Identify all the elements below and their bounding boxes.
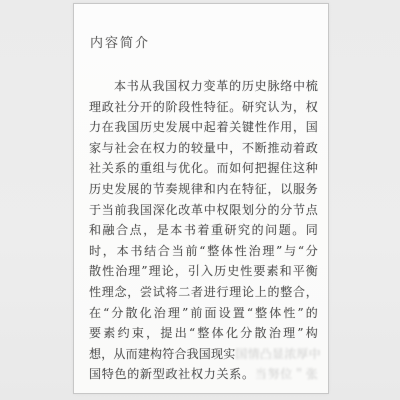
scan-background: 内容简介 本书从我国权力变革的历史脉络中梳理政社分开的阶段性特征。研究认为，权力… (0, 0, 400, 400)
faded-bleedthrough-text: 当努位＂张 (255, 367, 318, 381)
line-text: 力在我国历史发展中起着关键性作用，国 (89, 120, 318, 134)
paragraph-line: 要素约束，提出“整体化分散治理”构 (89, 323, 318, 344)
line-text: 理政社分开的阶段性特征。研究认为，权 (89, 100, 318, 114)
paragraph-line: 于当前我国深化改革中权限划分的分节点 (89, 200, 318, 221)
paragraph-line: 和融合点，是本书着重研究的问题。同 (89, 220, 318, 241)
line-text: 社关系的重组与优化。而如何把握住这种 (89, 161, 318, 175)
paragraph-line: 想，从而建构符合我国现实国情凸显浓厚中 (89, 344, 318, 365)
book-page: 内容简介 本书从我国权力变革的历史脉络中梳理政社分开的阶段性特征。研究认为，权力… (73, 3, 329, 394)
line-text: 想，从而建构符合我国现实 (89, 347, 235, 361)
paragraph-line: 国特色的新型政社权力关系。当努位＂张 (89, 364, 318, 385)
paragraph-line: 家与社会在权力的较量中，不断推动着政 (89, 138, 318, 159)
line-text: 国特色的新型政社权力关系。 (89, 367, 255, 381)
paragraph-line: 历史发展的节奏规律和内在特征，以服务 (89, 179, 318, 200)
paragraph-line: 在“分散化治理”前面设置“整体性”的 (89, 303, 318, 324)
line-text: 在“分散化治理”前面设置“整体性”的 (89, 306, 318, 320)
paragraph-line: 时，本书结合当前“整体性治理”与“分 (89, 241, 318, 262)
paragraph-line: 力在我国历史发展中起着关键性作用，国 (89, 117, 318, 138)
summary-paragraph: 本书从我国权力变革的历史脉络中梳理政社分开的阶段性特征。研究认为，权力在我国历史… (89, 76, 318, 385)
line-text: 于当前我国深化改革中权限划分的分节点 (89, 203, 318, 217)
line-text: 时，本书结合当前“整体性治理”与“分 (89, 244, 318, 258)
faded-bleedthrough-text: 国情凸显浓厚中 (235, 347, 320, 361)
line-text: 和融合点，是本书着重研究的问题。同 (89, 223, 318, 237)
line-text: 历史发展的节奏规律和内在特征，以服务 (89, 182, 318, 196)
line-text: 要素约束，提出“整体化分散治理”构 (89, 326, 318, 340)
paragraph-line: 本书从我国权力变革的历史脉络中梳 (89, 76, 318, 97)
paragraph-line: 理政社分开的阶段性特征。研究认为，权 (89, 97, 318, 118)
line-text: 散性治理”理论，引入历史性要素和平衡 (89, 264, 318, 278)
content-summary-heading: 内容简介 (90, 32, 328, 51)
paragraph-line: 社关系的重组与优化。而如何把握住这种 (89, 158, 318, 179)
line-text: 性理念，尝试将二者进行理论上的整合， (89, 285, 318, 299)
line-text: 家与社会在权力的较量中，不断推动着政 (89, 141, 318, 155)
paragraph-line: 性理念，尝试将二者进行理论上的整合， (89, 282, 318, 303)
line-text: 本书从我国权力变革的历史脉络中梳 (114, 79, 318, 93)
paragraph-line: 散性治理”理论，引入历史性要素和平衡 (89, 261, 318, 282)
